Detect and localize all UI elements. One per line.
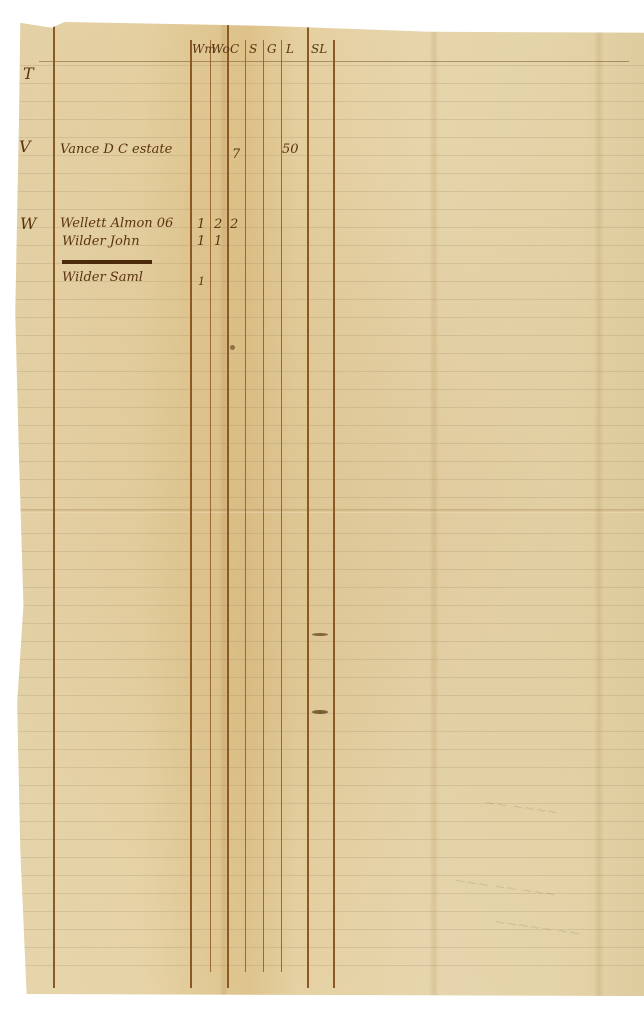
- column-line: [245, 40, 246, 972]
- ruled-line: [14, 551, 644, 552]
- column-line: [263, 40, 264, 972]
- ruled-line: [14, 713, 644, 714]
- ruled-line: [14, 209, 644, 210]
- ruled-line: [14, 965, 644, 966]
- index-letter-t: T: [23, 64, 34, 83]
- column-line: [210, 40, 211, 972]
- ruled-line: [14, 659, 644, 660]
- column-line: [307, 22, 309, 988]
- entry-value-l: 50: [282, 142, 299, 157]
- bleed-through-text: ~~ ~~~~: [483, 795, 559, 821]
- ruled-line: [14, 371, 644, 372]
- column-header-sl: SL: [311, 42, 327, 56]
- entry-value-c: 7: [232, 147, 240, 162]
- ink-spot: [230, 345, 235, 350]
- ruled-line: [14, 749, 644, 750]
- entry-value-wo: 2: [214, 217, 222, 232]
- index-letter-w: W: [20, 214, 36, 233]
- entry-value-wm: 1: [197, 217, 205, 232]
- ruled-line: [14, 479, 644, 480]
- ink-mark: [312, 710, 328, 714]
- column-line: [333, 40, 335, 988]
- entry-value-c: 2: [230, 217, 238, 232]
- ruled-line: [14, 947, 644, 948]
- vertical-fold: [594, 20, 604, 996]
- bleed-through-text: ~~~ ~~ ~~~: [453, 873, 557, 903]
- entry-name: Vance D C estate: [60, 142, 172, 157]
- ruled-line: [14, 623, 644, 624]
- entry-name: Wilder Saml: [62, 270, 143, 285]
- ruled-line: [14, 173, 644, 174]
- ruled-line: [14, 569, 644, 570]
- column-header-l: L: [286, 42, 294, 56]
- horizontal-fold: [14, 509, 644, 513]
- ruled-line: [14, 911, 644, 912]
- entry-value-wm: 1: [197, 234, 205, 249]
- ruled-line: [14, 119, 644, 120]
- bleed-through-text: ~~~~~ ~~: [493, 914, 581, 942]
- ruled-line: [14, 335, 644, 336]
- ruled-line: [14, 461, 644, 462]
- column-line: [190, 40, 192, 988]
- ruled-line: [14, 677, 644, 678]
- column-header-s: S: [249, 42, 257, 56]
- ledger-sheet: Wm Wo C S G L SL T V Vance D C estate 7 …: [14, 20, 644, 996]
- margin-line: [53, 22, 55, 988]
- ink-mark: [312, 633, 328, 636]
- ruled-line: [14, 101, 644, 102]
- ruled-line: [14, 389, 644, 390]
- column-header-g: G: [267, 42, 277, 56]
- vertical-fold: [429, 20, 439, 996]
- index-letter-v: V: [19, 137, 31, 156]
- ruled-line: [14, 83, 644, 84]
- ruled-line: [14, 641, 644, 642]
- ruled-line: [14, 137, 644, 138]
- ruled-line: [14, 839, 644, 840]
- ruled-line: [14, 605, 644, 606]
- ruled-line: [14, 767, 644, 768]
- entry-name: Wilder John: [62, 234, 140, 249]
- column-header-wo: Wo: [211, 42, 230, 56]
- ruled-line: [14, 497, 644, 498]
- ruled-line: [14, 65, 644, 66]
- ruled-line: [14, 317, 644, 318]
- column-line: [281, 40, 282, 972]
- ruled-line: [14, 731, 644, 732]
- ruled-line: [14, 875, 644, 876]
- entry-value-wo: 1: [214, 234, 222, 249]
- ruled-line: [14, 695, 644, 696]
- ruled-line: [14, 443, 644, 444]
- ruled-line: [14, 353, 644, 354]
- ruled-line: [14, 407, 644, 408]
- entry-value-wm: 1: [198, 275, 205, 288]
- ruled-line: [14, 785, 644, 786]
- ruled-line: [14, 587, 644, 588]
- column-header-c: C: [230, 42, 239, 56]
- struck-entry: [62, 252, 152, 264]
- ruled-line: [14, 533, 644, 534]
- ruled-line: [14, 425, 644, 426]
- ruled-line: [14, 299, 644, 300]
- entry-name: Wellett Almon 06: [60, 216, 173, 231]
- ruled-line: [14, 857, 644, 858]
- ruled-line: [14, 191, 644, 192]
- column-line: [227, 22, 229, 988]
- ruled-line: [14, 821, 644, 822]
